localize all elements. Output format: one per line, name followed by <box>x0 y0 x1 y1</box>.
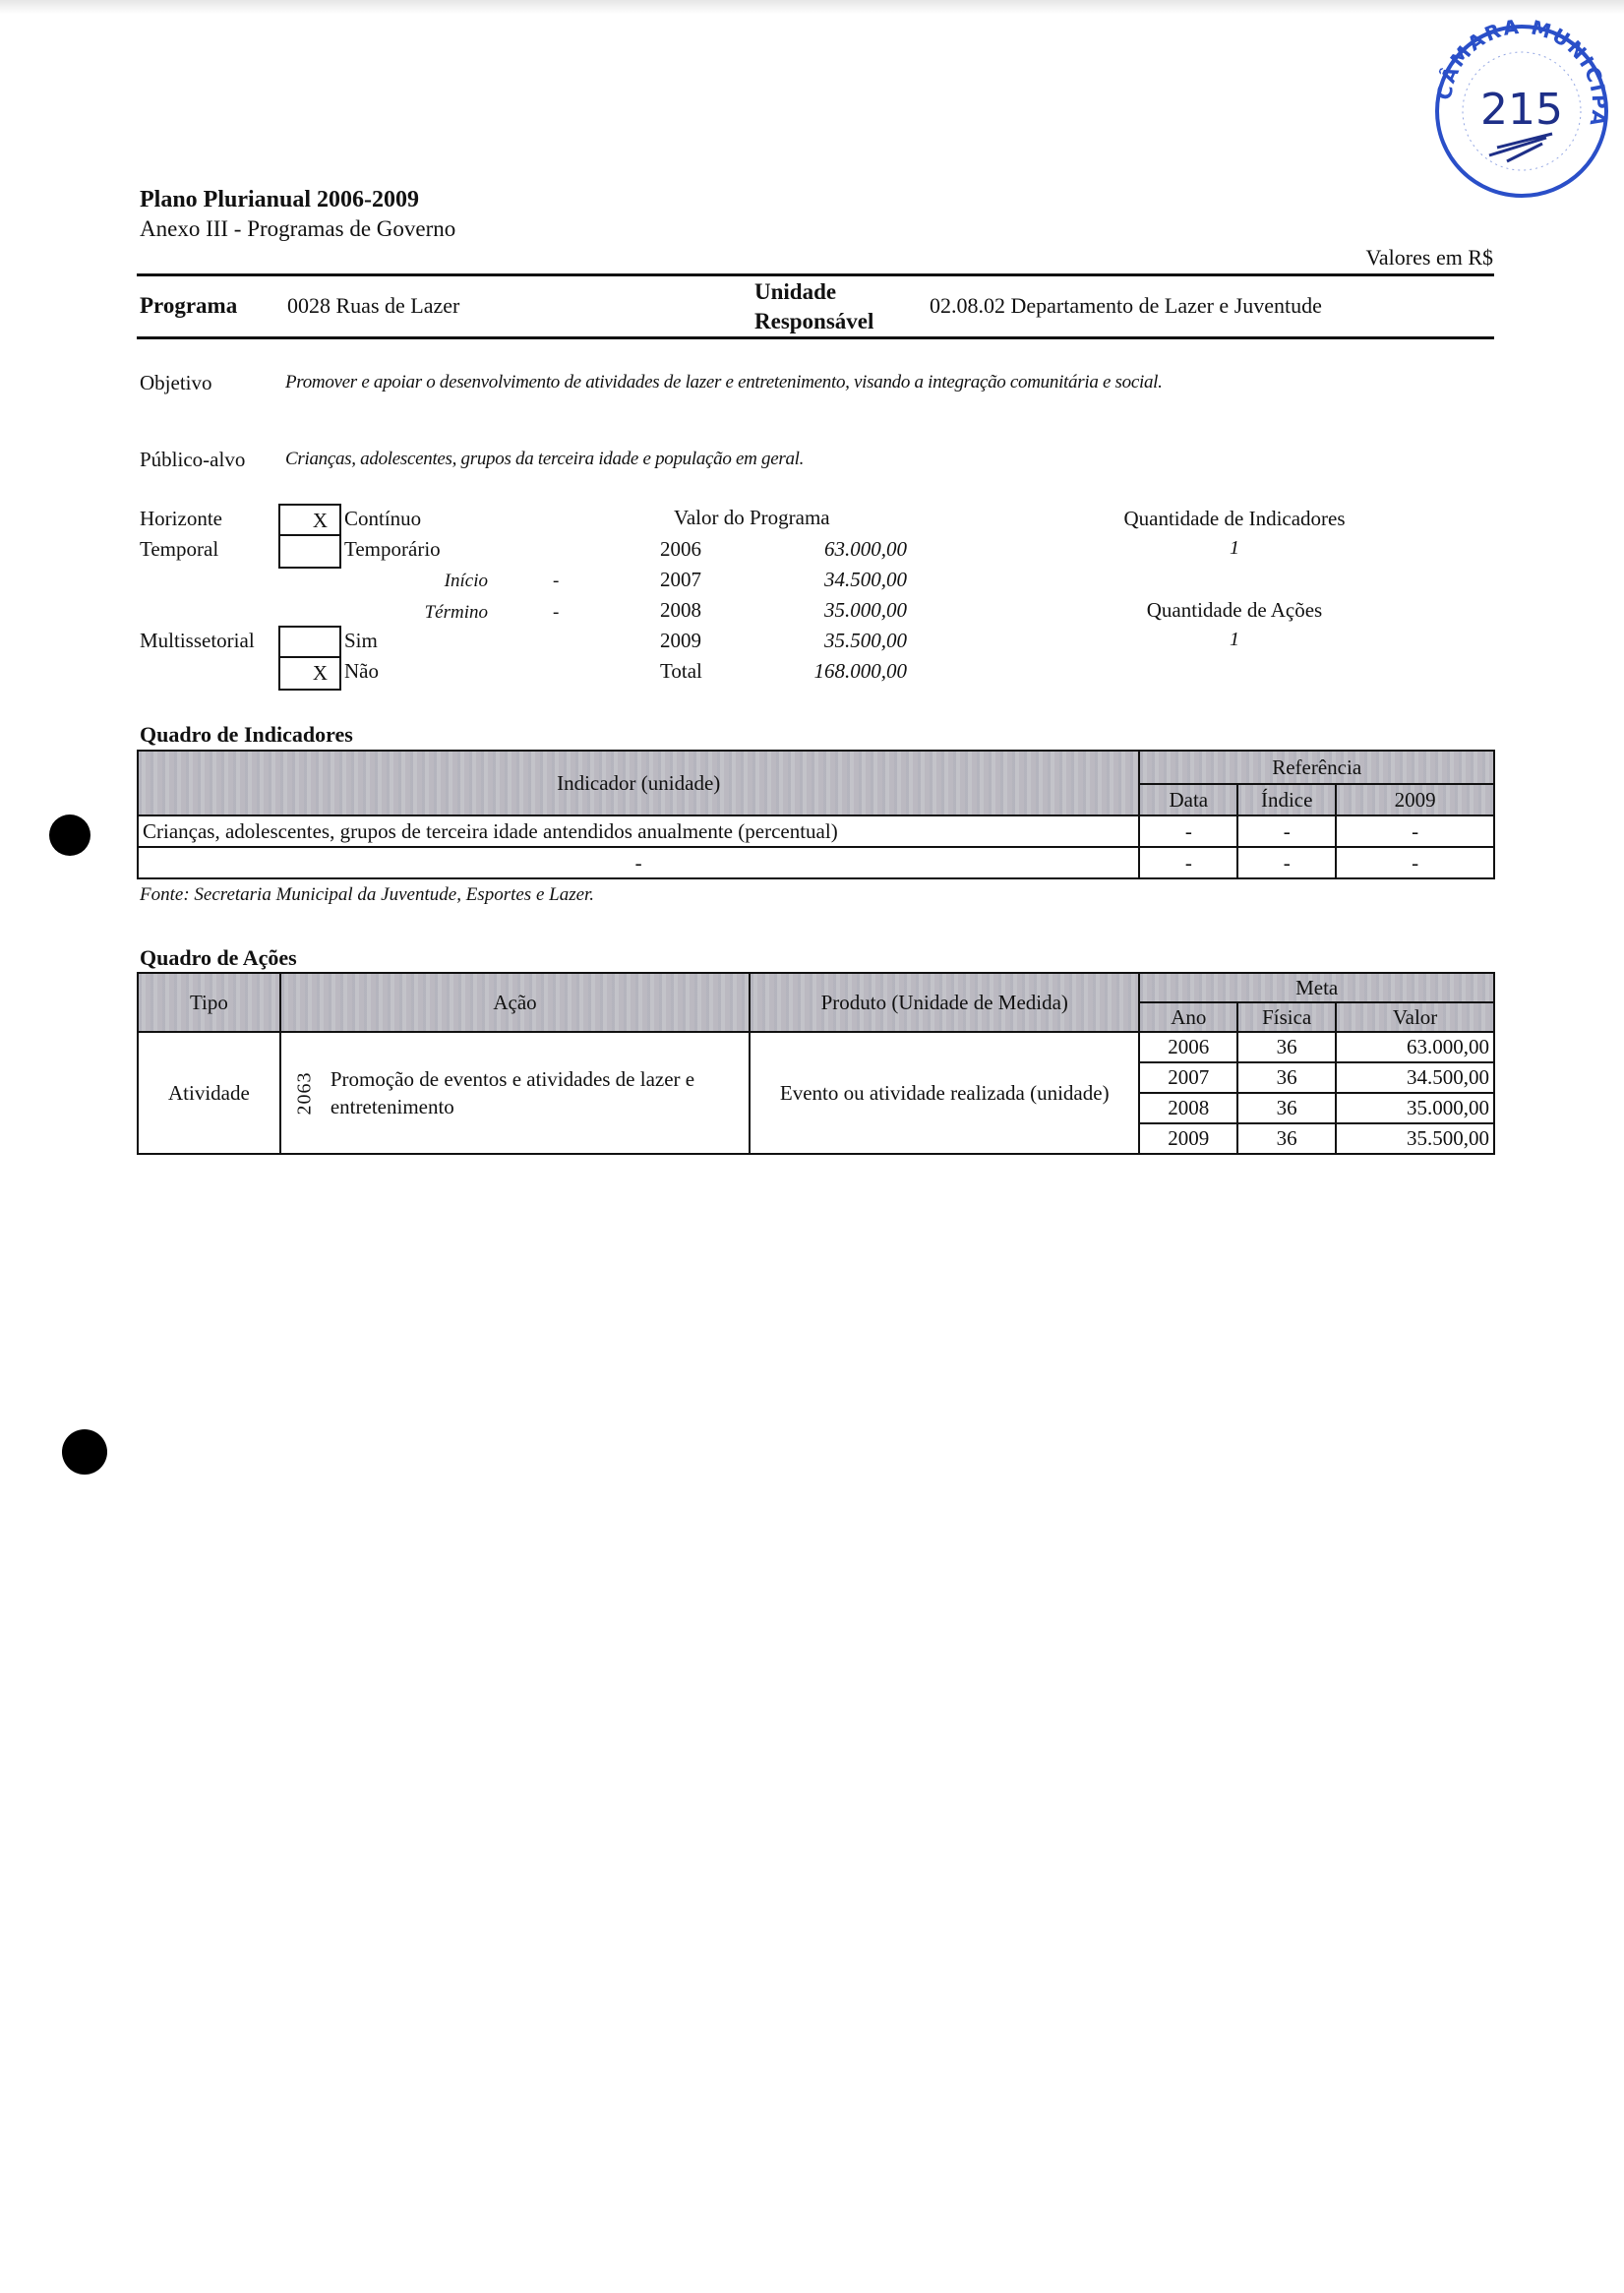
time-horizon-label-line1: Horizonte <box>140 504 222 534</box>
currency-note: Valores em R$ <box>1365 245 1493 271</box>
table-row: Atividade 2063 Promoção de eventos e ati… <box>138 1032 1494 1062</box>
goal-year-cell: 2009 <box>1139 1123 1237 1154</box>
actions-section-title: Quadro de Ações <box>140 945 297 971</box>
multisector-checkboxes: X <box>278 626 341 691</box>
goal-year-cell: 2006 <box>1139 1032 1237 1062</box>
goal-physical-cell: 36 <box>1237 1062 1336 1093</box>
program-value-total-label: Total <box>660 659 702 684</box>
column-header-type: Tipo <box>138 973 280 1032</box>
indicators-section-title: Quadro de Indicadores <box>140 722 353 748</box>
checkbox-yes[interactable] <box>280 628 339 658</box>
time-horizon-label-line2: Temporal <box>140 534 222 565</box>
responsible-unit-label-line1: Unidade <box>754 277 873 307</box>
y2009-cell: - <box>1336 847 1494 878</box>
column-header-2009: 2009 <box>1336 784 1494 815</box>
program-value-amount: 63.000,00 <box>748 537 907 562</box>
date-cell: - <box>1139 847 1237 878</box>
option-no-label: Não <box>344 659 379 684</box>
product-cell: Evento ou atividade realizada (unidade) <box>750 1032 1139 1154</box>
program-value-amount: 35.500,00 <box>748 629 907 653</box>
column-header-value: Valor <box>1336 1002 1494 1032</box>
option-continuous-label: Contínuo <box>344 507 421 531</box>
goal-value-cell: 35.000,00 <box>1336 1093 1494 1123</box>
indicator-cell: - <box>138 847 1139 878</box>
y2009-cell: - <box>1336 815 1494 847</box>
goal-value-cell: 63.000,00 <box>1336 1032 1494 1062</box>
checkbox-temporary[interactable] <box>280 536 339 567</box>
chamber-stamp: CÂMARA MUNICIPAL 215 <box>1428 18 1615 205</box>
goal-physical-cell: 36 <box>1237 1123 1336 1154</box>
target-audience-label: Público-alvo <box>140 448 245 472</box>
program-value-year: 2008 <box>660 598 701 623</box>
index-cell: - <box>1237 847 1336 878</box>
program-value-year: 2007 <box>660 568 701 592</box>
column-header-reference: Referência <box>1139 751 1494 784</box>
responsible-unit-label-line2: Responsável <box>754 307 873 336</box>
program-value-year: 2009 <box>660 629 701 653</box>
punch-hole-mark <box>49 815 90 856</box>
goal-year-cell: 2008 <box>1139 1093 1237 1123</box>
responsible-unit-label: Unidade Responsável <box>754 277 873 336</box>
action-type-cell: Atividade <box>138 1032 280 1154</box>
column-header-year: Ano <box>1139 1002 1237 1032</box>
goal-value-cell: 34.500,00 <box>1336 1062 1494 1093</box>
start-value: - <box>553 571 559 592</box>
action-count-value: 1 <box>1053 629 1416 651</box>
column-header-index: Índice <box>1237 784 1336 815</box>
column-header-date: Data <box>1139 784 1237 815</box>
column-header-physical: Física <box>1237 1002 1336 1032</box>
end-value: - <box>553 602 559 624</box>
indicator-cell: Crianças, adolescentes, grupos de tercei… <box>138 815 1139 847</box>
column-header-action: Ação <box>280 973 750 1032</box>
objective-label: Objetivo <box>140 371 212 395</box>
program-value-amount: 35.000,00 <box>748 598 907 623</box>
date-cell: - <box>1139 815 1237 847</box>
indicators-source-note: Fonte: Secretaria Municipal da Juventude… <box>140 884 594 906</box>
goal-physical-cell: 36 <box>1237 1093 1336 1123</box>
goal-year-cell: 2007 <box>1139 1062 1237 1093</box>
program-value-total: 168.000,00 <box>748 659 907 684</box>
action-description: Promoção de eventos e atividades de laze… <box>325 1065 745 1120</box>
program-value-title: Valor do Programa <box>674 506 830 530</box>
header-rule-top <box>137 273 1494 276</box>
program-value-year: 2006 <box>660 537 701 562</box>
stamp-seal-icon: CÂMARA MUNICIPAL 215 <box>1428 18 1615 205</box>
index-cell: - <box>1237 815 1336 847</box>
checkbox-no[interactable]: X <box>280 658 339 689</box>
table-row: - - - - <box>138 847 1494 878</box>
time-horizon-label: Horizonte Temporal <box>140 504 222 565</box>
column-header-indicator: Indicador (unidade) <box>138 751 1139 815</box>
punch-hole-mark <box>62 1429 107 1475</box>
column-header-product: Produto (Unidade de Medida) <box>750 973 1139 1032</box>
table-row: Crianças, adolescentes, grupos de tercei… <box>138 815 1494 847</box>
multisector-label: Multissetorial <box>140 629 255 653</box>
indicators-table: Indicador (unidade) Referência Data Índi… <box>137 750 1495 879</box>
indicator-count-label: Quantidade de Indicadores <box>1053 507 1416 531</box>
document-subtitle: Anexo III - Programas de Governo <box>140 216 455 242</box>
program-label: Programa <box>140 293 237 319</box>
responsible-unit-value: 02.08.02 Departamento de Lazer e Juventu… <box>930 293 1322 319</box>
header-rule-bottom <box>137 336 1494 339</box>
action-cell: 2063 Promoção de eventos e atividades de… <box>280 1032 750 1154</box>
program-value: 0028 Ruas de Lazer <box>287 293 459 319</box>
option-yes-label: Sim <box>344 629 378 653</box>
column-header-goal: Meta <box>1139 973 1494 1002</box>
action-code: 2063 <box>293 1071 316 1115</box>
objective-value: Promover e apoiar o desenvolvimento de a… <box>285 372 1163 393</box>
time-horizon-checkboxes: X <box>278 504 341 569</box>
program-value-amount: 34.500,00 <box>748 568 907 592</box>
action-count-label: Quantidade de Ações <box>1053 598 1416 623</box>
scan-edge-shade <box>0 0 1624 14</box>
svg-text:215: 215 <box>1480 85 1563 135</box>
indicator-count-value: 1 <box>1053 537 1416 560</box>
goal-physical-cell: 36 <box>1237 1032 1336 1062</box>
checkbox-continuous[interactable]: X <box>280 506 339 536</box>
target-audience-value: Crianças, adolescentes, grupos da tercei… <box>285 449 804 470</box>
goal-value-cell: 35.500,00 <box>1336 1123 1494 1154</box>
end-label: Término <box>331 602 488 624</box>
document-title: Plano Plurianual 2006-2009 <box>140 187 419 213</box>
start-label: Início <box>331 571 488 592</box>
actions-table: Tipo Ação Produto (Unidade de Medida) Me… <box>137 972 1495 1155</box>
option-temporary-label: Temporário <box>344 537 441 562</box>
